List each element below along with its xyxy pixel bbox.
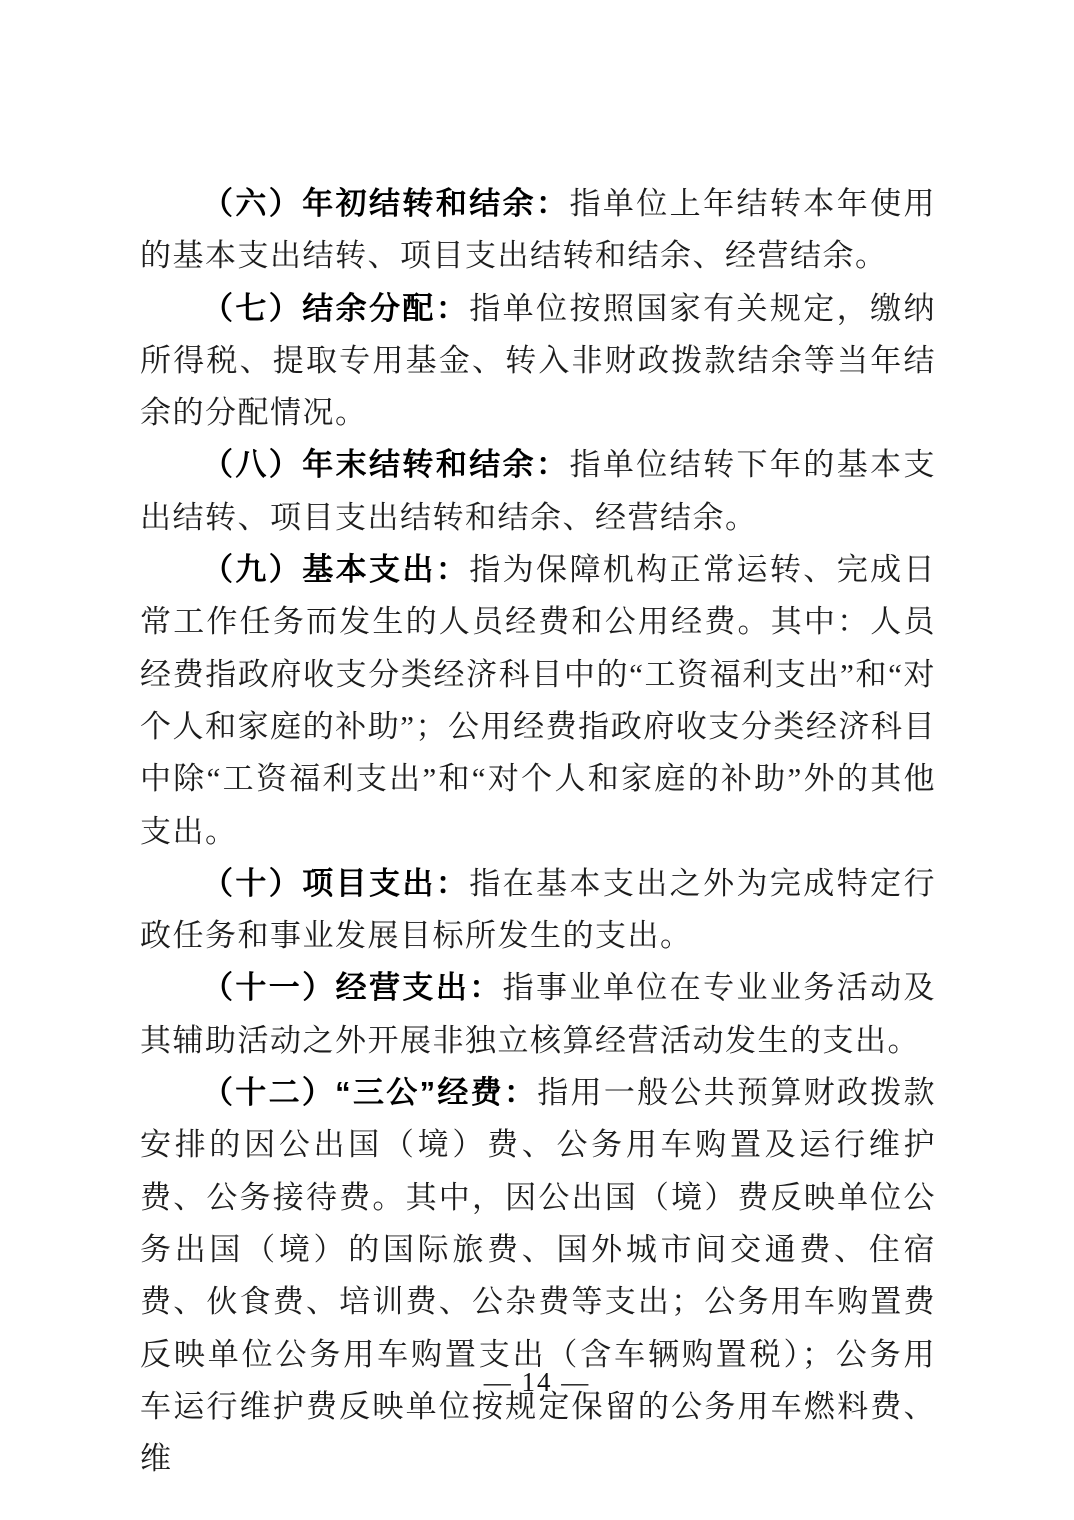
term-label: （六）年初结转和结余： xyxy=(202,186,569,221)
definition-paragraph-10: （十）项目支出：指在基本支出之外为完成特定行政任务和事业发展目标所发生的支出。 xyxy=(140,858,936,963)
term-label: （十）项目支出： xyxy=(202,866,469,901)
document-page: （六）年初结转和结余：指单位上年结转本年使用的基本支出结转、项目支出结转和结余、… xyxy=(0,0,1074,1520)
term-definition: 指用一般公共预算财政拨款安排的因公出国（境）费、公务用车购置及运行维护费、公务接… xyxy=(140,1075,936,1476)
definition-paragraph-6: （六）年初结转和结余：指单位上年结转本年使用的基本支出结转、项目支出结转和结余、… xyxy=(140,178,936,283)
term-label: （十二）“三公”经费： xyxy=(202,1075,537,1110)
page-number: — 14 — xyxy=(0,1362,1074,1402)
definition-paragraph-12: （十二）“三公”经费：指用一般公共预算财政拨款安排的因公出国（境）费、公务用车购… xyxy=(140,1067,936,1485)
definition-paragraph-8: （八）年末结转和结余：指单位结转下年的基本支出结转、项目支出结转和结余、经营结余… xyxy=(140,439,936,544)
term-definition: 指为保障机构正常运转、完成日常工作任务而发生的人员经费和公用经费。其中：人员经费… xyxy=(140,552,936,848)
definition-paragraph-11: （十一）经营支出：指事业单位在专业业务活动及其辅助活动之外开展非独立核算经营活动… xyxy=(140,962,936,1067)
term-label: （九）基本支出： xyxy=(202,552,469,587)
document-text-block: （六）年初结转和结余：指单位上年结转本年使用的基本支出结转、项目支出结转和结余、… xyxy=(140,178,936,1485)
definition-paragraph-9: （九）基本支出：指为保障机构正常运转、完成日常工作任务而发生的人员经费和公用经费… xyxy=(140,544,936,858)
term-label: （十一）经营支出： xyxy=(202,970,503,1005)
definition-paragraph-7: （七）结余分配：指单位按照国家有关规定，缴纳所得税、提取专用基金、转入非财政拨款… xyxy=(140,283,936,440)
term-label: （八）年末结转和结余： xyxy=(202,447,569,482)
term-label: （七）结余分配： xyxy=(202,291,469,326)
